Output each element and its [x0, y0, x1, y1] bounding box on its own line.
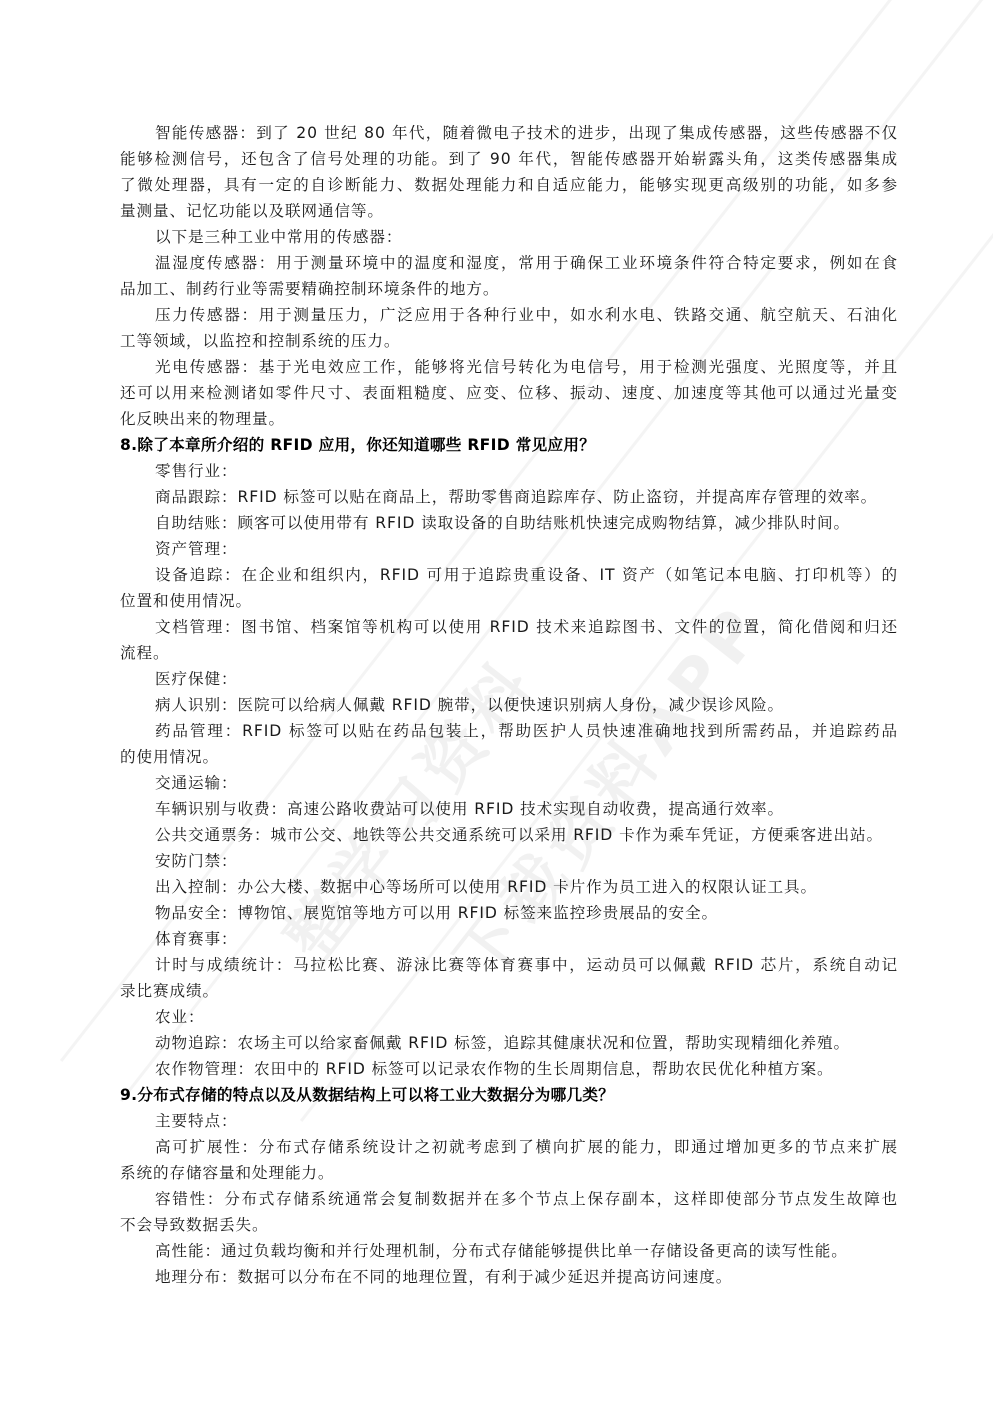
paragraph-line: 的使用情况。 — [120, 744, 900, 770]
paragraph-line: 体育赛事： — [120, 926, 900, 952]
paragraph-line: 资产管理： — [120, 536, 900, 562]
paragraph-line: 还可以用来检测诸如零件尺寸、表面粗糙度、应变、位移、振动、速度、加速度等其他可以… — [120, 380, 898, 406]
paragraph-line: 农业： — [120, 1004, 900, 1030]
paragraph-line: 高可扩展性：分布式存储系统设计之初就考虑到了横向扩展的能力，即通过增加更多的节点… — [120, 1134, 898, 1160]
paragraph-line: 病人识别：医院可以给病人佩戴 RFID 腕带，以便快速识别病人身份，减少误诊风险… — [120, 692, 900, 718]
question-heading: 8.除了本章所介绍的 RFID 应用，你还知道哪些 RFID 常见应用？ — [120, 432, 900, 458]
paragraph-line: 主要特点： — [120, 1108, 900, 1134]
paragraph-line: 药品管理：RFID 标签可以贴在药品包装上，帮助医护人员快速准确地找到所需药品，… — [120, 718, 898, 744]
paragraph-line: 公共交通票务：城市公交、地铁等公共交通系统可以采用 RFID 卡作为乘车凭证，方… — [120, 822, 900, 848]
paragraph-line: 地理分布：数据可以分布在不同的地理位置，有利于减少延迟并提高访问速度。 — [120, 1264, 900, 1290]
paragraph-line: 化反映出来的物理量。 — [120, 406, 900, 432]
document-page: 整学习资料 下载资料APP 智能传感器：到了 20 世纪 80 年代，随着微电子… — [0, 0, 993, 1404]
paragraph-line: 农作物管理：农田中的 RFID 标签可以记录农作物的生长周期信息，帮助农民优化种… — [120, 1056, 900, 1082]
paragraph-line: 零售行业： — [120, 458, 900, 484]
paragraph-line: 设备追踪：在企业和组织内，RFID 可用于追踪贵重设备、IT 资产（如笔记本电脑… — [120, 562, 898, 588]
paragraph-line: 品加工、制药行业等需要精确控制环境条件的地方。 — [120, 276, 900, 302]
paragraph-line: 文档管理：图书馆、档案馆等机构可以使用 RFID 技术来追踪图书、文件的位置，简… — [120, 614, 898, 640]
document-body: 智能传感器：到了 20 世纪 80 年代，随着微电子技术的进步，出现了集成传感器… — [120, 120, 900, 1290]
paragraph-line: 量测量、记忆功能以及联网通信等。 — [120, 198, 900, 224]
paragraph-line: 录比赛成绩。 — [120, 978, 900, 1004]
paragraph-line: 商品跟踪：RFID 标签可以贴在商品上，帮助零售商追踪库存、防止盗窃，并提高库存… — [120, 484, 900, 510]
paragraph-line: 物品安全：博物馆、展览馆等地方可以用 RFID 标签来监控珍贵展品的安全。 — [120, 900, 900, 926]
paragraph-line: 医疗保健： — [120, 666, 900, 692]
paragraph-line: 交通运输： — [120, 770, 900, 796]
paragraph-line: 位置和使用情况。 — [120, 588, 900, 614]
paragraph-line: 容错性：分布式存储系统通常会复制数据并在多个节点上保存副本，这样即使部分节点发生… — [120, 1186, 898, 1212]
paragraph-line: 能够检测信号，还包含了信号处理的功能。到了 90 年代，智能传感器开始崭露头角，… — [120, 146, 898, 172]
paragraph-line: 压力传感器：用于测量压力，广泛应用于各种行业中，如水利水电、铁路交通、航空航天、… — [120, 302, 898, 328]
paragraph-line: 安防门禁： — [120, 848, 900, 874]
paragraph-line: 系统的存储容量和处理能力。 — [120, 1160, 900, 1186]
paragraph-line: 工等领域，以监控和控制系统的压力。 — [120, 328, 900, 354]
paragraph-line: 高性能：通过负载均衡和并行处理机制，分布式存储能够提供比单一存储设备更高的读写性… — [120, 1238, 900, 1264]
paragraph-line: 自助结账：顾客可以使用带有 RFID 读取设备的自助结账机快速完成购物结算，减少… — [120, 510, 900, 536]
paragraph-line: 计时与成绩统计：马拉松比赛、游泳比赛等体育赛事中，运动员可以佩戴 RFID 芯片… — [120, 952, 898, 978]
paragraph-line: 动物追踪：农场主可以给家畜佩戴 RFID 标签，追踪其健康状况和位置，帮助实现精… — [120, 1030, 900, 1056]
paragraph-line: 智能传感器：到了 20 世纪 80 年代，随着微电子技术的进步，出现了集成传感器… — [120, 120, 898, 146]
paragraph-line: 了微处理器，具有一定的自诊断能力、数据处理能力和自适应能力，能够实现更高级别的功… — [120, 172, 898, 198]
paragraph-line: 流程。 — [120, 640, 900, 666]
paragraph-line: 出入控制：办公大楼、数据中心等场所可以使用 RFID 卡片作为员工进入的权限认证… — [120, 874, 900, 900]
question-heading: 9.分布式存储的特点以及从数据结构上可以将工业大数据分为哪几类？ — [120, 1082, 900, 1108]
paragraph-line: 温湿度传感器：用于测量环境中的温度和湿度，常用于确保工业环境条件符合特定要求，例… — [120, 250, 898, 276]
paragraph-line: 不会导致数据丢失。 — [120, 1212, 900, 1238]
paragraph-line: 车辆识别与收费：高速公路收费站可以使用 RFID 技术实现自动收费，提高通行效率… — [120, 796, 900, 822]
paragraph-line: 光电传感器：基于光电效应工作，能够将光信号转化为电信号，用于检测光强度、光照度等… — [120, 354, 898, 380]
paragraph-line: 以下是三种工业中常用的传感器： — [120, 224, 900, 250]
